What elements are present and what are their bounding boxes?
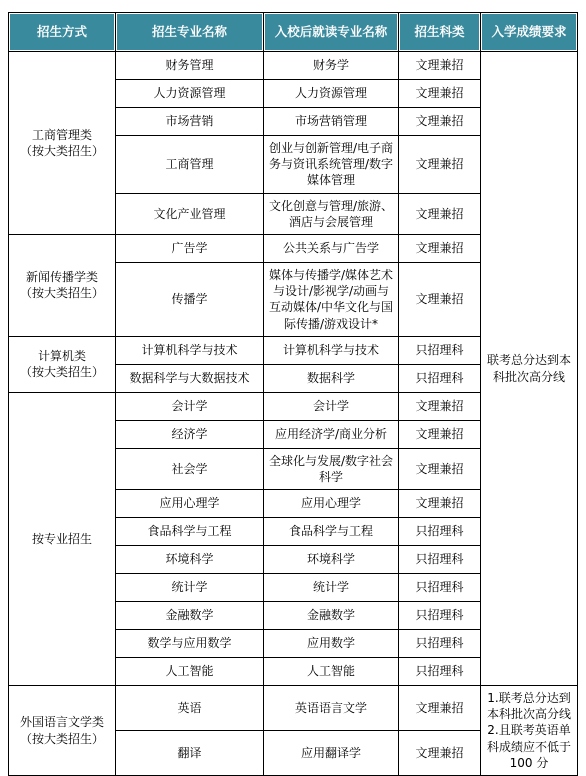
major-cell: 数据科学与大数据技术	[116, 364, 264, 392]
category-cell: 文理兼招	[399, 490, 481, 518]
category-cell: 只招理科	[399, 630, 481, 658]
category-cell: 文理兼招	[399, 686, 481, 731]
major-cell: 环境科学	[116, 546, 264, 574]
header-row: 招生方式招生专业名称入校后就读专业名称招生科类入学成绩要求	[9, 13, 578, 52]
page-body: 招生方式招生专业名称入校后就读专业名称招生科类入学成绩要求 工商管理类 （按大类…	[0, 0, 586, 776]
study-cell: 人工智能	[264, 658, 399, 686]
major-cell: 金融数学	[116, 602, 264, 630]
table-row: 工商管理类 （按大类招生）财务管理财务学文理兼招联考总分达到本科批次高分线	[9, 52, 578, 80]
study-cell: 财务学	[264, 52, 399, 80]
category-cell: 只招理科	[399, 518, 481, 546]
category-cell: 文理兼招	[399, 108, 481, 136]
method-cell: 外国语言文学类 （按大类招生）	[9, 686, 116, 776]
category-cell: 只招理科	[399, 658, 481, 686]
method-cell: 计算机类 （按大类招生）	[9, 336, 116, 392]
study-cell: 计算机科学与技术	[264, 336, 399, 364]
major-cell: 财务管理	[116, 52, 264, 80]
major-cell: 社会学	[116, 448, 264, 489]
major-cell: 食品科学与工程	[116, 518, 264, 546]
category-cell: 文理兼招	[399, 234, 481, 262]
major-cell: 人工智能	[116, 658, 264, 686]
major-cell: 工商管理	[116, 136, 264, 194]
category-cell: 只招理科	[399, 574, 481, 602]
major-cell: 市场营销	[116, 108, 264, 136]
major-cell: 英语	[116, 686, 264, 731]
study-cell: 统计学	[264, 574, 399, 602]
requirement-cell: 1.联考总分达到本科批次高分线 2.且联考英语单科成绩应不低于 100 分	[481, 686, 578, 776]
study-cell: 媒体与传播学/媒体艺术与设计/影视学/动画与互动媒体/中华文化与国际传播/游戏设…	[264, 262, 399, 336]
major-cell: 文化产业管理	[116, 193, 264, 234]
study-cell: 环境科学	[264, 546, 399, 574]
major-cell: 翻译	[116, 731, 264, 776]
method-cell: 按专业招生	[9, 392, 116, 685]
study-cell: 应用翻译学	[264, 731, 399, 776]
header-cell: 入学成绩要求	[481, 13, 578, 52]
category-cell: 只招理科	[399, 336, 481, 364]
category-cell: 文理兼招	[399, 262, 481, 336]
major-cell: 数学与应用数学	[116, 630, 264, 658]
admissions-table: 招生方式招生专业名称入校后就读专业名称招生科类入学成绩要求 工商管理类 （按大类…	[8, 12, 578, 776]
requirement-cell: 联考总分达到本科批次高分线	[481, 52, 578, 686]
study-cell: 数据科学	[264, 364, 399, 392]
header-cell: 入校后就读专业名称	[264, 13, 399, 52]
study-cell: 全球化与发展/数字社会科学	[264, 448, 399, 489]
category-cell: 文理兼招	[399, 731, 481, 776]
category-cell: 文理兼招	[399, 448, 481, 489]
study-cell: 英语语言文学	[264, 686, 399, 731]
category-cell: 文理兼招	[399, 193, 481, 234]
study-cell: 金融数学	[264, 602, 399, 630]
study-cell: 创业与创新管理/电子商务与资讯系统管理/数字媒体管理	[264, 136, 399, 194]
major-cell: 计算机科学与技术	[116, 336, 264, 364]
study-cell: 应用数学	[264, 630, 399, 658]
category-cell: 文理兼招	[399, 420, 481, 448]
table-row: 外国语言文学类 （按大类招生）英语英语语言文学文理兼招1.联考总分达到本科批次高…	[9, 686, 578, 731]
category-cell: 只招理科	[399, 364, 481, 392]
category-cell: 文理兼招	[399, 52, 481, 80]
category-cell: 文理兼招	[399, 392, 481, 420]
study-cell: 文化创意与管理/旅游、酒店与会展管理	[264, 193, 399, 234]
header-cell: 招生方式	[9, 13, 116, 52]
major-cell: 统计学	[116, 574, 264, 602]
major-cell: 人力资源管理	[116, 80, 264, 108]
major-cell: 应用心理学	[116, 490, 264, 518]
study-cell: 人力资源管理	[264, 80, 399, 108]
major-cell: 传播学	[116, 262, 264, 336]
major-cell: 广告学	[116, 234, 264, 262]
study-cell: 市场营销管理	[264, 108, 399, 136]
method-cell: 工商管理类 （按大类招生）	[9, 52, 116, 235]
table-body: 工商管理类 （按大类招生）财务管理财务学文理兼招联考总分达到本科批次高分线人力资…	[9, 52, 578, 776]
category-cell: 文理兼招	[399, 80, 481, 108]
study-cell: 应用经济学/商业分析	[264, 420, 399, 448]
category-cell: 只招理科	[399, 546, 481, 574]
major-cell: 会计学	[116, 392, 264, 420]
category-cell: 只招理科	[399, 602, 481, 630]
major-cell: 经济学	[116, 420, 264, 448]
study-cell: 会计学	[264, 392, 399, 420]
header-cell: 招生科类	[399, 13, 481, 52]
study-cell: 应用心理学	[264, 490, 399, 518]
study-cell: 公共关系与广告学	[264, 234, 399, 262]
study-cell: 食品科学与工程	[264, 518, 399, 546]
category-cell: 文理兼招	[399, 136, 481, 194]
header-cell: 招生专业名称	[116, 13, 264, 52]
method-cell: 新闻传播学类 （按大类招生）	[9, 234, 116, 336]
